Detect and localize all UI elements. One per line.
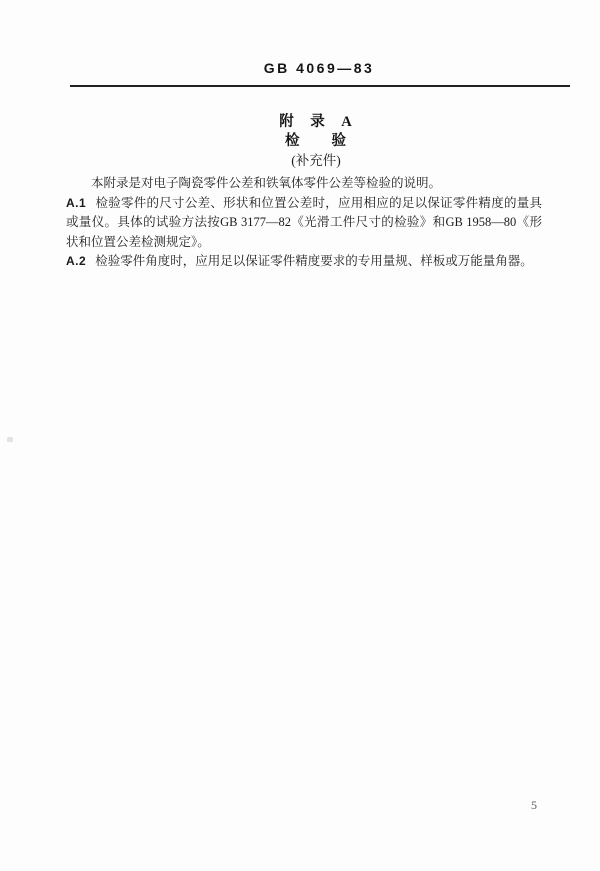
scan-speck-artifact	[7, 437, 13, 442]
clause-a1-label: A.1	[66, 196, 86, 210]
appendix-subtitle: 检 验	[32, 132, 600, 151]
appendix-title-block: 附 录 A 检 验 (补充件)	[0, 113, 600, 170]
standard-number-header: GB 4069—83	[264, 60, 375, 76]
page-number: 5	[531, 798, 538, 813]
document-body: 本附录是对电子陶瓷零件公差和铁氧体零件公差等检验的说明。 A.1检验零件的尺寸公…	[66, 174, 542, 272]
clause-a2: A.2检验零件角度时，应用足以保证零件精度要求的专用量规、样板或万能量角器。	[66, 252, 542, 272]
header-rule	[70, 85, 570, 87]
clause-a2-label: A.2	[66, 254, 86, 268]
clause-a2-text: 检验零件角度时，应用足以保证零件精度要求的专用量规、样板或万能量角器。	[95, 254, 533, 268]
appendix-note: (补充件)	[32, 152, 600, 170]
clause-a1: A.1检验零件的尺寸公差、形状和位置公差时，应用相应的足以保证零件精度的量具或量…	[66, 194, 542, 253]
document-page: GB 4069—83 附 录 A 检 验 (补充件) 本附录是对电子陶瓷零件公差…	[0, 0, 600, 871]
clause-a1-text: 检验零件的尺寸公差、形状和位置公差时，应用相应的足以保证零件精度的量具或量仪。具…	[66, 196, 542, 249]
appendix-title: 附 录 A	[32, 113, 600, 132]
intro-paragraph: 本附录是对电子陶瓷零件公差和铁氧体零件公差等检验的说明。	[66, 174, 542, 194]
